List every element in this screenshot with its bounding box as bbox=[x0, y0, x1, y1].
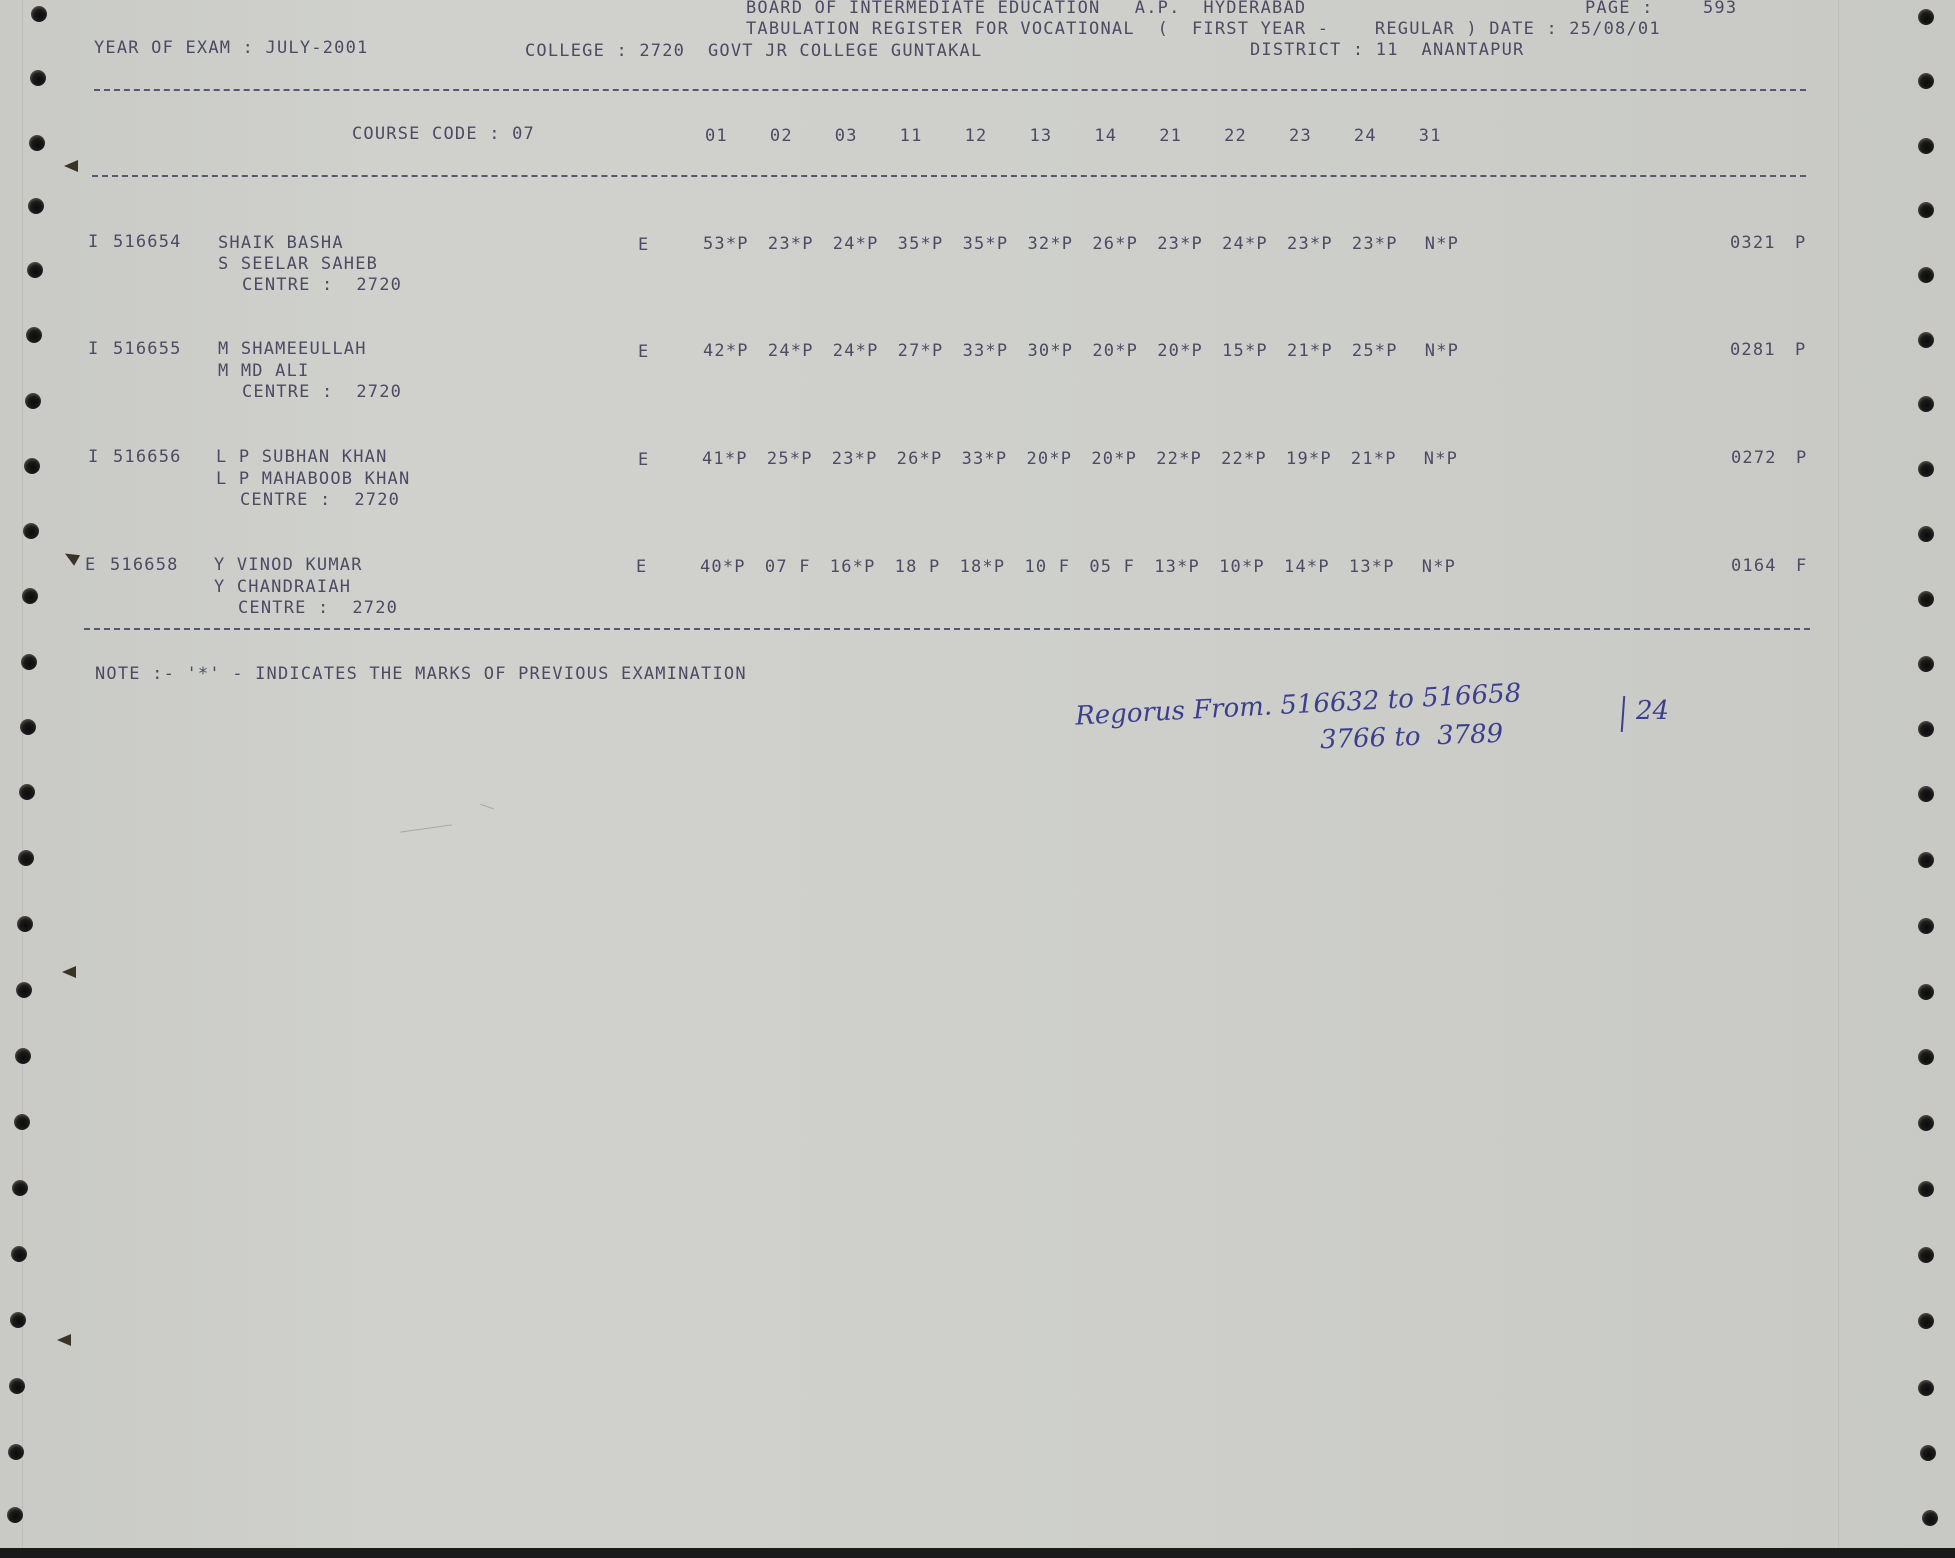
tractor-hole bbox=[16, 982, 32, 998]
tractor-hole bbox=[21, 654, 37, 670]
mark: 24*P bbox=[1222, 234, 1287, 254]
tractor-hole bbox=[1920, 1445, 1936, 1461]
centre-code: CENTRE : 2720 bbox=[242, 382, 402, 402]
tractor-hole bbox=[1918, 526, 1934, 542]
tractor-hole bbox=[1918, 852, 1934, 868]
tractor-hole bbox=[15, 1048, 31, 1064]
category-code: I bbox=[88, 232, 99, 252]
header-divider-top bbox=[94, 89, 1806, 91]
mark: 20*P bbox=[1026, 449, 1091, 469]
tractor-hole bbox=[26, 327, 42, 343]
tractor-hole bbox=[1922, 1510, 1938, 1526]
tractor-hole bbox=[9, 1378, 25, 1394]
mark: 23*P bbox=[832, 449, 897, 469]
centre-code: CENTRE : 2720 bbox=[242, 275, 402, 295]
tractor-hole bbox=[1918, 918, 1934, 934]
mark: 40*P bbox=[700, 557, 765, 577]
mark: N*P bbox=[1417, 341, 1490, 361]
tractor-hole bbox=[14, 1114, 30, 1130]
tractor-hole bbox=[1918, 1380, 1934, 1396]
tractor-hole bbox=[1918, 591, 1934, 607]
mark: 24*P bbox=[768, 341, 833, 361]
mark: 07 F bbox=[765, 557, 830, 577]
tractor-hole bbox=[8, 1444, 24, 1460]
year-of-exam: YEAR OF EXAM : JULY-2001 bbox=[94, 38, 368, 58]
tractor-hole bbox=[30, 70, 46, 86]
tractor-hole bbox=[19, 784, 35, 800]
mark: 10 F bbox=[1024, 557, 1089, 577]
mark: 18*P bbox=[960, 557, 1025, 577]
medium: E bbox=[638, 450, 649, 470]
tractor-hole bbox=[22, 588, 38, 604]
hall-ticket-number: 516658 bbox=[110, 555, 179, 575]
tractor-hole bbox=[7, 1507, 23, 1523]
tractor-hole bbox=[1918, 396, 1934, 412]
mark: 21*P bbox=[1287, 341, 1352, 361]
mark: 33*P bbox=[962, 449, 1027, 469]
college-info: COLLEGE : 2720 GOVT JR COLLEGE GUNTAKAL bbox=[525, 41, 982, 61]
tractor-hole bbox=[18, 850, 34, 866]
medium: E bbox=[638, 235, 649, 255]
result-status: P bbox=[1795, 340, 1806, 360]
subject-code: 21 bbox=[1159, 126, 1224, 146]
subject-code: 23 bbox=[1289, 126, 1354, 146]
tractor-hole bbox=[1918, 267, 1934, 283]
tractor-hole bbox=[1918, 1181, 1934, 1197]
tractor-hole bbox=[1918, 786, 1934, 802]
mark: 23*P bbox=[1287, 234, 1352, 254]
mark: 42*P bbox=[703, 341, 768, 361]
mark: 27*P bbox=[898, 341, 963, 361]
tractor-hole bbox=[25, 393, 41, 409]
tractor-hole bbox=[20, 719, 36, 735]
footnote: NOTE :- '*' - INDICATES THE MARKS OF PRE… bbox=[95, 664, 747, 684]
tractor-hole bbox=[1918, 332, 1934, 348]
tractor-hole bbox=[10, 1312, 26, 1328]
mark: 13*P bbox=[1349, 557, 1414, 577]
mark: 14*P bbox=[1284, 557, 1349, 577]
records-divider bbox=[84, 628, 1810, 630]
stray-mark bbox=[400, 824, 452, 832]
mark: 23*P bbox=[1352, 234, 1417, 254]
subject-code: 14 bbox=[1094, 126, 1159, 146]
mark: 24*P bbox=[833, 234, 898, 254]
mark: 25*P bbox=[767, 449, 832, 469]
mark: 35*P bbox=[898, 234, 963, 254]
mark: N*P bbox=[1414, 557, 1487, 577]
father-name: Y CHANDRAIAH bbox=[214, 577, 351, 597]
mark: 22*P bbox=[1221, 449, 1286, 469]
tractor-hole bbox=[1918, 9, 1934, 25]
mark: 05 F bbox=[1089, 557, 1154, 577]
subject-marks: 42*P 24*P 24*P 27*P 33*P 30*P 20*P 20*P … bbox=[703, 341, 1490, 361]
tractor-hole bbox=[17, 916, 33, 932]
mark: 22*P bbox=[1156, 449, 1221, 469]
tractor-hole bbox=[1918, 202, 1934, 218]
student-name: L P SUBHAN KHAN bbox=[216, 447, 388, 467]
student-name: M SHAMEEULLAH bbox=[218, 339, 367, 359]
subject-marks: 53*P 23*P 24*P 35*P 35*P 32*P 26*P 23*P … bbox=[703, 234, 1490, 254]
tractor-hole bbox=[1918, 1115, 1934, 1131]
mark: 41*P bbox=[702, 449, 767, 469]
total-marks: 0321 bbox=[1730, 233, 1776, 253]
student-name: SHAIK BASHA bbox=[218, 233, 344, 253]
tractor-hole bbox=[28, 198, 44, 214]
board-title: BOARD OF INTERMEDIATE EDUCATION A.P. HYD… bbox=[746, 0, 1306, 18]
medium: E bbox=[638, 342, 649, 362]
total-marks: 0281 bbox=[1730, 340, 1776, 360]
mark: 20*P bbox=[1092, 341, 1157, 361]
category-code: I bbox=[88, 447, 99, 467]
mark: N*P bbox=[1416, 449, 1489, 469]
tractor-hole bbox=[29, 135, 45, 151]
mark: 16*P bbox=[830, 557, 895, 577]
mark: 23*P bbox=[768, 234, 833, 254]
handwritten-count: 24 bbox=[1636, 696, 1669, 726]
tractor-hole bbox=[1918, 461, 1934, 477]
subject-code: 22 bbox=[1224, 126, 1289, 146]
tractor-hole bbox=[27, 262, 43, 278]
mark: 26*P bbox=[897, 449, 962, 469]
tractor-hole bbox=[31, 6, 47, 22]
handwritten-bracket bbox=[1621, 696, 1626, 732]
subject-code: 11 bbox=[900, 126, 965, 146]
paper-tear bbox=[62, 548, 80, 565]
register-title: TABULATION REGISTER FOR VOCATIONAL ( FIR… bbox=[746, 19, 1661, 39]
mark: 20*P bbox=[1157, 341, 1222, 361]
tractor-hole bbox=[1918, 721, 1934, 737]
result-status: P bbox=[1796, 448, 1807, 468]
tractor-hole bbox=[1918, 984, 1934, 1000]
tractor-hole bbox=[1918, 656, 1934, 672]
hall-ticket-number: 516654 bbox=[113, 232, 182, 252]
mark: 10*P bbox=[1219, 557, 1284, 577]
father-name: S SEELAR SAHEB bbox=[218, 254, 378, 274]
mark: 20*P bbox=[1091, 449, 1156, 469]
category-code: E bbox=[85, 555, 96, 575]
mark: 15*P bbox=[1222, 341, 1287, 361]
header-divider-bottom bbox=[92, 175, 1806, 177]
mark: 26*P bbox=[1092, 234, 1157, 254]
mark: 33*P bbox=[963, 341, 1028, 361]
mark: 21*P bbox=[1351, 449, 1416, 469]
subject-marks: 40*P 07 F 16*P 18 P 18*P 10 F 05 F 13*P … bbox=[700, 557, 1487, 577]
mark: 24*P bbox=[833, 341, 898, 361]
tractor-hole bbox=[23, 523, 39, 539]
subject-marks: 41*P 25*P 23*P 26*P 33*P 20*P 20*P 22*P … bbox=[702, 449, 1489, 469]
medium: E bbox=[636, 557, 647, 577]
subject-code: 24 bbox=[1354, 126, 1419, 146]
mark: 53*P bbox=[703, 234, 768, 254]
centre-code: CENTRE : 2720 bbox=[238, 598, 398, 618]
subject-code: 31 bbox=[1419, 126, 1484, 146]
mark: 19*P bbox=[1286, 449, 1351, 469]
tractor-hole bbox=[1918, 73, 1934, 89]
category-code: I bbox=[88, 339, 99, 359]
subject-code-headers: 01 02 03 11 12 13 14 21 22 23 24 31 bbox=[705, 126, 1484, 146]
mark: 18 P bbox=[895, 557, 960, 577]
result-status: P bbox=[1795, 233, 1806, 253]
tractor-hole bbox=[24, 458, 40, 474]
centre-code: CENTRE : 2720 bbox=[240, 490, 400, 510]
stray-mark bbox=[480, 804, 493, 810]
district-info: DISTRICT : 11 ANANTAPUR bbox=[1250, 40, 1524, 60]
tractor-hole bbox=[1918, 1049, 1934, 1065]
subject-code: 02 bbox=[770, 126, 835, 146]
mark: 13*P bbox=[1154, 557, 1219, 577]
mark: 30*P bbox=[1027, 341, 1092, 361]
total-marks: 0272 bbox=[1731, 448, 1777, 468]
subject-code: 03 bbox=[835, 126, 900, 146]
handwritten-serial-range: 3766 to 3789 bbox=[1320, 719, 1504, 755]
page-number: 593 bbox=[1703, 0, 1737, 18]
mark: 25*P bbox=[1352, 341, 1417, 361]
hall-ticket-number: 516656 bbox=[113, 447, 182, 467]
mark: 35*P bbox=[963, 234, 1028, 254]
father-name: M MD ALI bbox=[218, 361, 309, 381]
tractor-hole bbox=[1918, 138, 1934, 154]
subject-code: 13 bbox=[1029, 126, 1094, 146]
result-status: F bbox=[1796, 556, 1807, 576]
subject-code: 01 bbox=[705, 126, 770, 146]
mark: 32*P bbox=[1027, 234, 1092, 254]
tractor-margin-right bbox=[1838, 0, 1839, 1548]
tractor-hole bbox=[1918, 1247, 1934, 1263]
student-name: Y VINOD KUMAR bbox=[214, 555, 363, 575]
mark: 23*P bbox=[1157, 234, 1222, 254]
subject-code: 12 bbox=[965, 126, 1030, 146]
paper-tear bbox=[64, 160, 78, 172]
tabulation-register-page: BOARD OF INTERMEDIATE EDUCATION A.P. HYD… bbox=[0, 0, 1955, 1548]
paper-tear bbox=[57, 1334, 71, 1346]
paper-tear bbox=[62, 966, 76, 978]
hall-ticket-number: 516655 bbox=[113, 339, 182, 359]
course-code: COURSE CODE : 07 bbox=[352, 124, 535, 144]
tractor-hole bbox=[12, 1180, 28, 1196]
mark: N*P bbox=[1417, 234, 1490, 254]
tractor-hole bbox=[11, 1246, 27, 1262]
page-label: PAGE : bbox=[1585, 0, 1654, 18]
total-marks: 0164 bbox=[1731, 556, 1777, 576]
father-name: L P MAHABOOB KHAN bbox=[216, 469, 410, 489]
tractor-hole bbox=[1918, 1313, 1934, 1329]
